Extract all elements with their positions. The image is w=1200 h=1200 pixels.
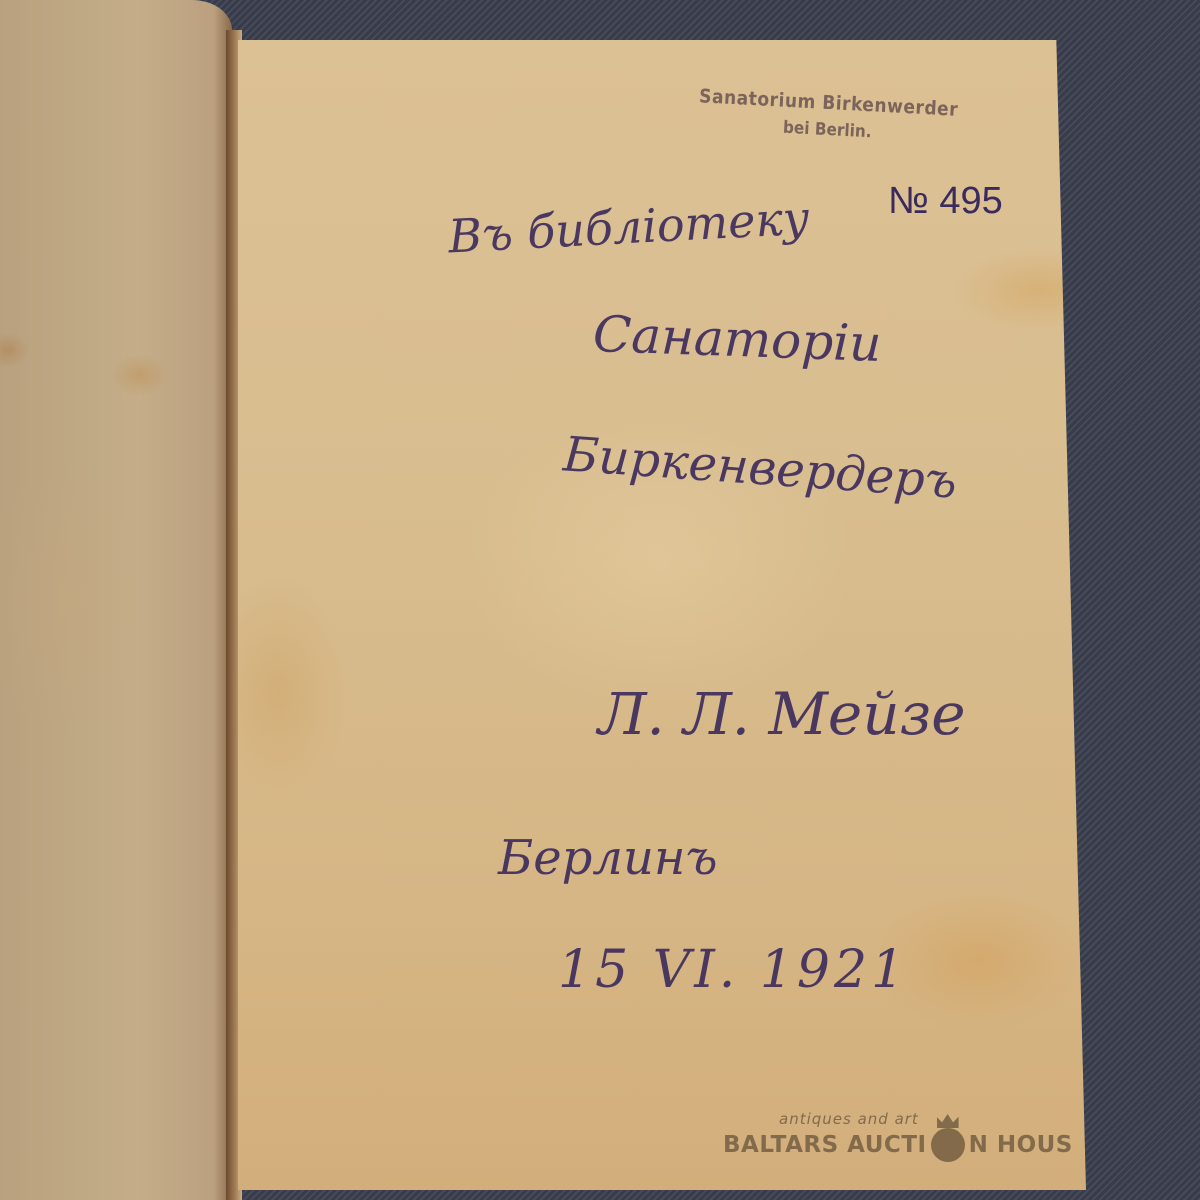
watermark-name-right: N HOUS (969, 1132, 1073, 1158)
crown-logo-icon (931, 1128, 965, 1162)
right-page: Sanatorium Birkenwerder bei Berlin. № 49… (238, 40, 1086, 1190)
inscription-line-2: Санаторiи (592, 305, 882, 373)
left-page (0, 0, 232, 1200)
inscription-date: 15 VI. 1921 (558, 940, 908, 1000)
inscription-line-1: Въ библiотеку (447, 191, 811, 264)
watermark-name: BALTARS AUCTI N HOUS (723, 1128, 1103, 1162)
watermark-name-left: BALTARS AUCTI (723, 1132, 927, 1158)
signature: Л. Л. Мейзе (598, 680, 966, 748)
inventory-number: № 495 (888, 180, 1003, 223)
inscription-line-3: Биркенвердеръ (562, 426, 959, 509)
auction-house-watermark: antiques and art BALTARS AUCTI N HOUS (723, 1110, 1103, 1162)
inscription-place: Берлинъ (498, 830, 718, 886)
sanatorium-stamp: Sanatorium Birkenwerder bei Berlin. (677, 84, 979, 148)
